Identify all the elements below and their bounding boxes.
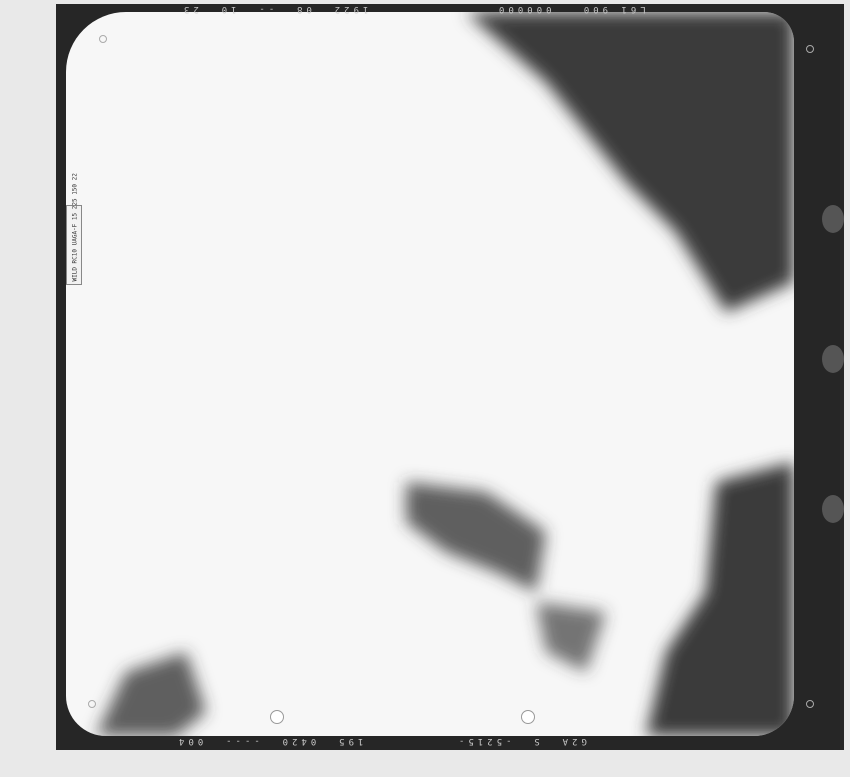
fiducial-mark [88, 700, 96, 708]
fiducial-mark [806, 700, 814, 708]
aerial-photo [66, 12, 794, 736]
terrain-overlay [66, 12, 794, 736]
edge-tab [822, 205, 844, 233]
edge-tab [822, 345, 844, 373]
bottom-data-strip-left: 195 0420 ---- 004 [175, 736, 363, 746]
fiducial-mark [99, 35, 107, 43]
top-data-strip-left: 1922 08 -- 10 23 [180, 4, 368, 14]
fiducial-mark [806, 45, 814, 53]
registration-hole [270, 710, 284, 724]
edge-tab [822, 495, 844, 523]
bottom-data-strip-right: G2A S -5215- [455, 736, 587, 746]
top-data-strip-right: L61 900 000000 [495, 4, 646, 14]
registration-hole [521, 710, 535, 724]
camera-label: WILD RC10 UAGA-F 15 225 150 22 [66, 205, 82, 285]
